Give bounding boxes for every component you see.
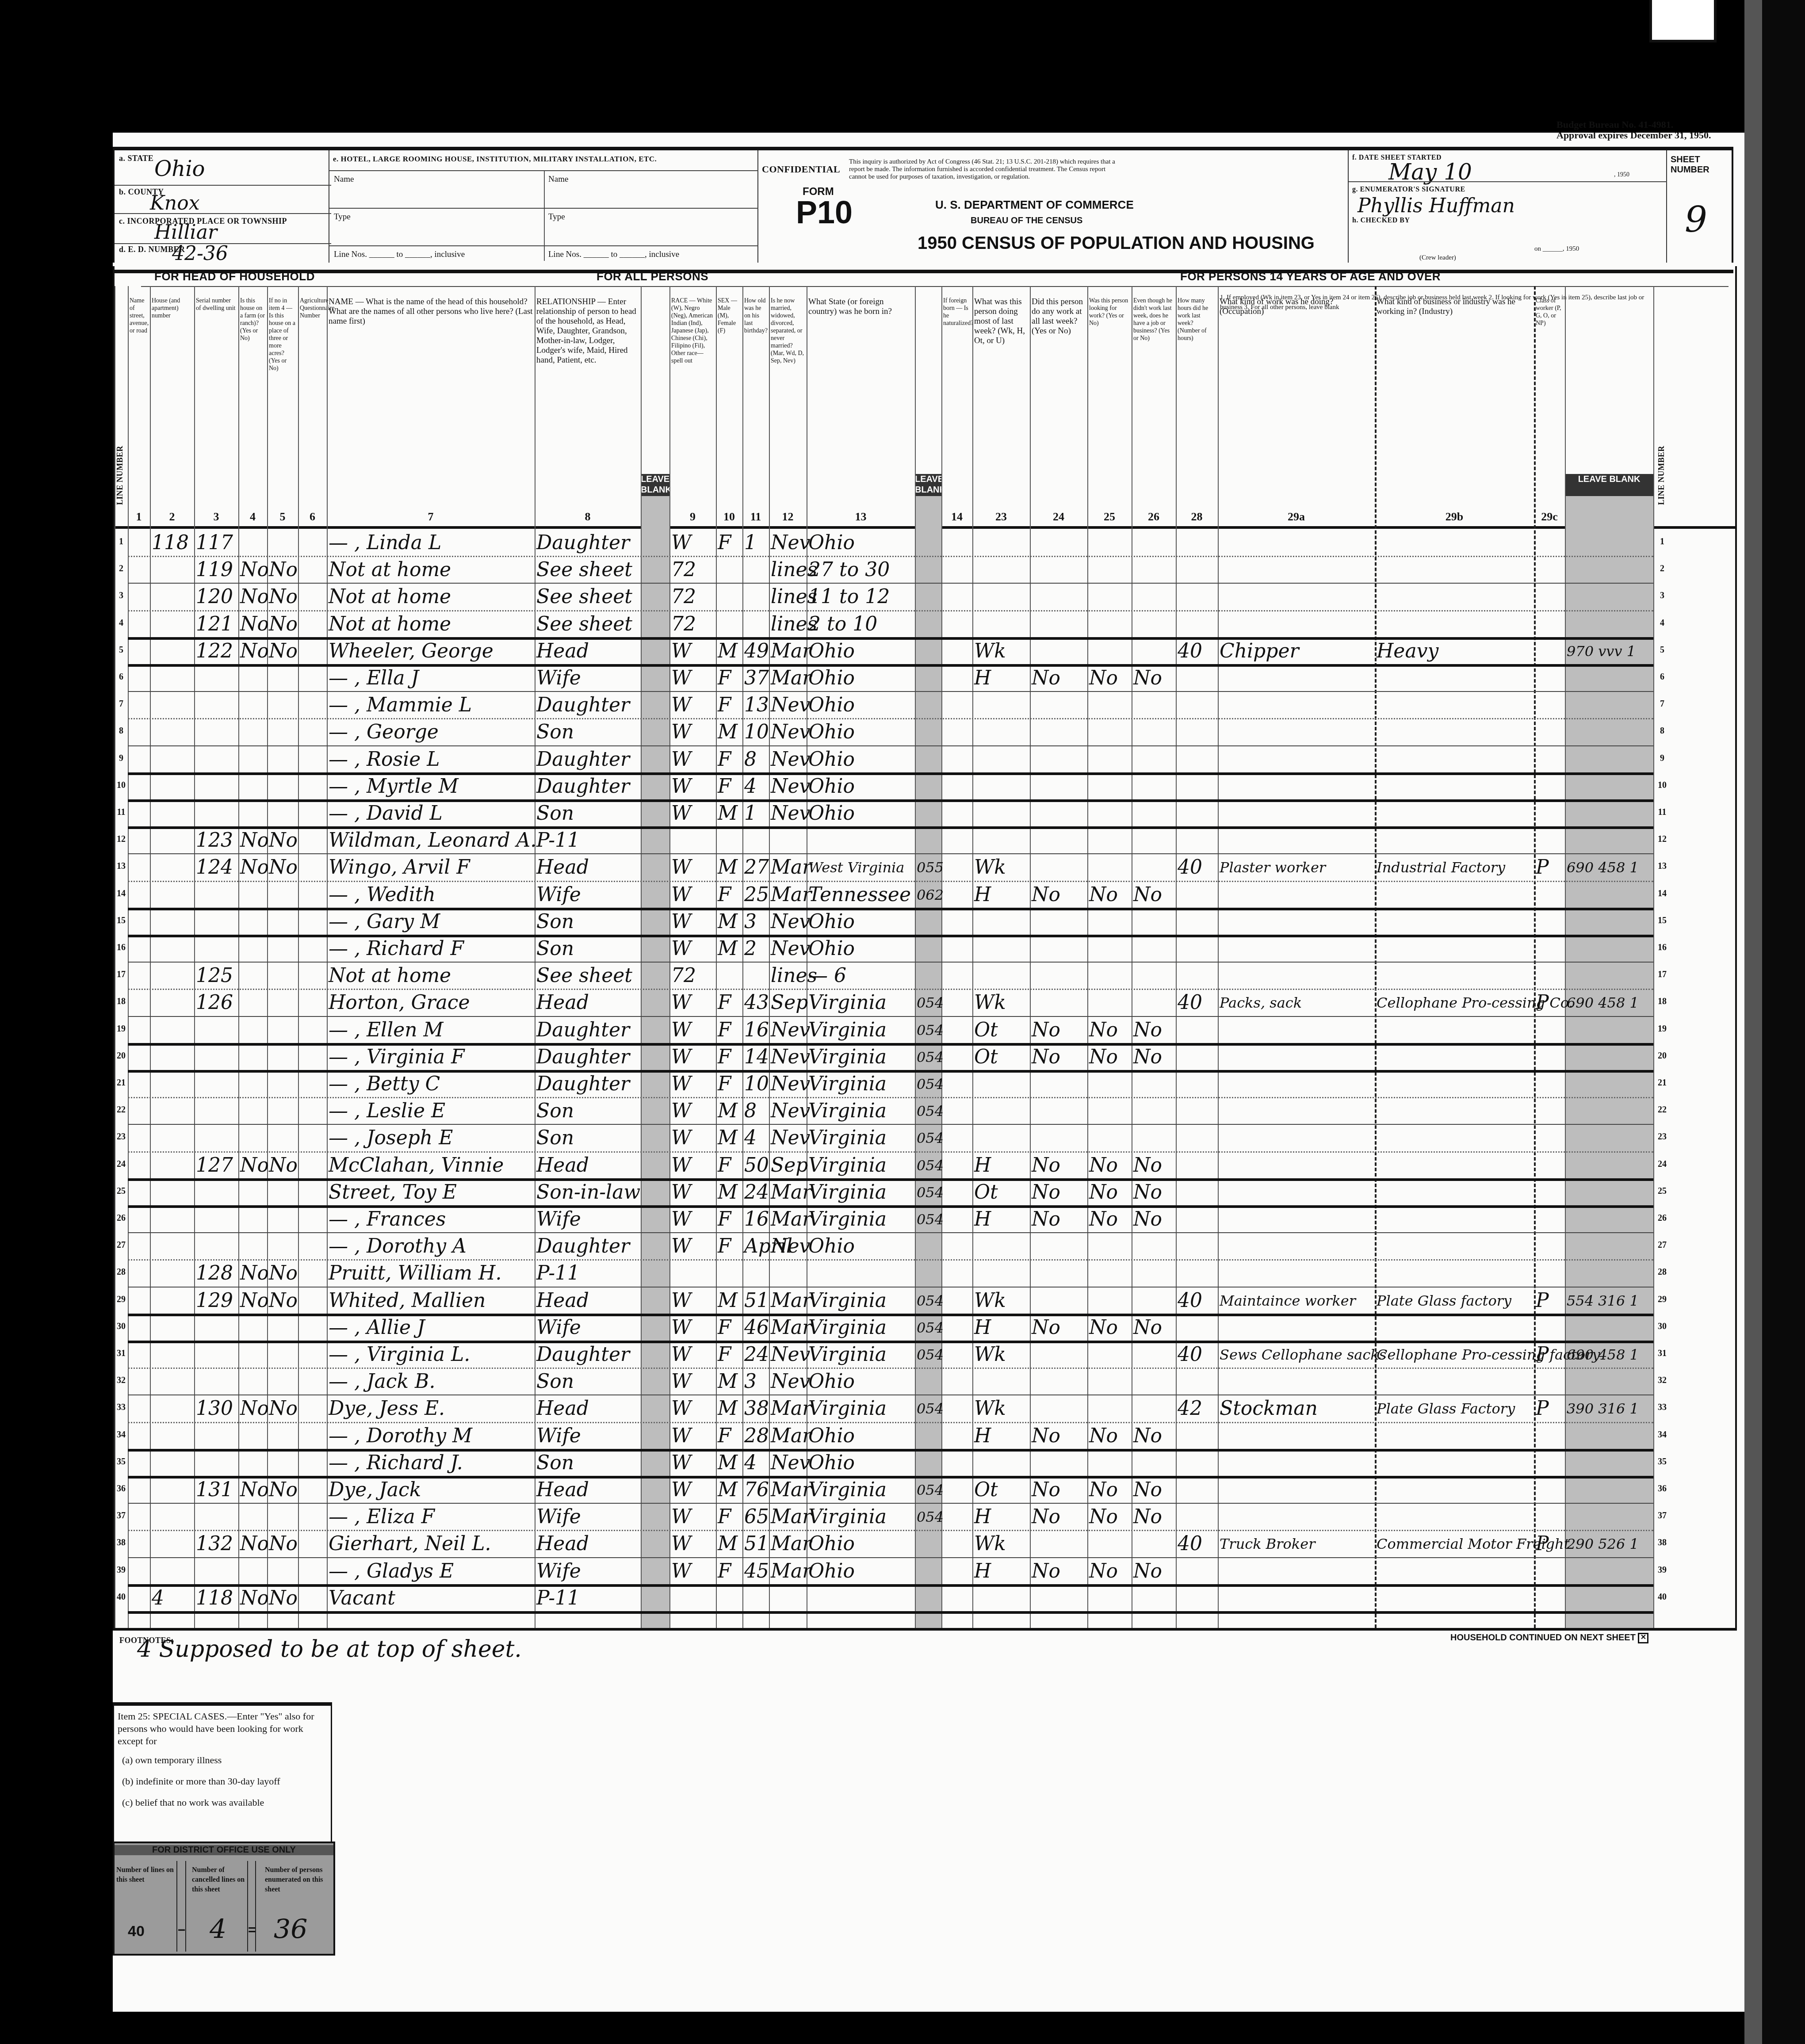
line-number: 23: [115, 1132, 128, 1142]
line-number: 21: [115, 1078, 128, 1088]
table-row: 3030— , Allie JWifeWF46MarVirginia054HNo…: [115, 1314, 1671, 1341]
cell-rel: Daughter: [536, 533, 630, 553]
cell-sex: M: [718, 722, 738, 742]
cell-b: 054: [917, 1210, 944, 1229]
cell-serial: 120: [196, 587, 233, 607]
cell-mar: Nev: [771, 777, 810, 796]
table-row: 1313124NoNoWingo, Arvil FHeadWM27MarWest…: [115, 853, 1671, 880]
cell-name: Street, Toy E: [329, 1183, 457, 1202]
cell-mar: Nev: [771, 1237, 810, 1256]
cell-rel: Daughter: [536, 1237, 630, 1256]
line-number: 36: [115, 1484, 128, 1494]
line-number: 20: [1653, 1051, 1671, 1061]
sheet-number-value: 9: [1685, 199, 1707, 240]
line-number: 25: [1653, 1186, 1671, 1196]
cell-sex: M: [718, 1101, 738, 1121]
cell-age: 4: [744, 1128, 757, 1148]
cell-occ: Truck Broker: [1220, 1534, 1315, 1554]
cell-act: Ot: [974, 1020, 998, 1040]
ed-value: 42-36: [172, 242, 228, 265]
cell-race: W: [671, 1291, 691, 1310]
line-number: 32: [115, 1375, 128, 1386]
cell-race: W: [671, 750, 691, 769]
line-number: 15: [115, 916, 128, 926]
cell-mar: Nev: [771, 1345, 810, 1364]
table-row: 1717125Not at homeSee sheet72lines— 6: [115, 962, 1671, 989]
cell-w24: No: [1032, 885, 1060, 905]
cell-mar: Mar: [771, 858, 811, 877]
table-row: 2626— , FrancesWifeWF16MarVirginia054HNo…: [115, 1205, 1671, 1232]
line-number: 16: [115, 943, 128, 953]
line-number: 16: [1653, 943, 1671, 953]
cell-sex: M: [718, 858, 738, 877]
cell-mar: Mar: [771, 669, 811, 688]
cell-rel: Son: [536, 804, 574, 823]
column-header-26: Even though he didn't work last week, do…: [1133, 297, 1174, 342]
column-header-10: SEX — Male (M), Female (F): [718, 297, 741, 335]
cell-name: Not at home: [329, 966, 451, 986]
cell-sex: M: [718, 912, 738, 932]
line-number: 28: [1653, 1267, 1671, 1277]
cell-acres: No: [269, 1534, 298, 1554]
cell-w26: No: [1133, 1047, 1162, 1067]
cell-codes: 290 526 1: [1567, 1534, 1639, 1554]
cell-race: W: [671, 1562, 691, 1581]
table-row: 55122NoNoWheeler, GeorgeHeadWM49MarOhioW…: [115, 637, 1671, 664]
cell-age: 51: [744, 1291, 769, 1310]
cell-name: — , Richard F: [329, 939, 464, 959]
cell-serial: 129: [196, 1291, 233, 1310]
cell-mar: Mar: [771, 1291, 811, 1310]
cell-age: 3: [744, 1372, 757, 1391]
sheet-number-block: SHEET NUMBER 9: [1667, 150, 1733, 263]
cell-sex: F: [718, 669, 731, 688]
cell-age: 43: [744, 993, 769, 1012]
form-title: 1950 CENSUS OF POPULATION AND HOUSING: [918, 233, 1315, 253]
cell-race: W: [671, 1453, 691, 1473]
column-number-24: 24: [1030, 510, 1087, 523]
line-number: 28: [115, 1267, 128, 1277]
cell-farm: No: [240, 1264, 269, 1283]
cell-act: Wk: [974, 1399, 1006, 1418]
column-number-1: 1: [128, 510, 150, 523]
table-row: 1616— , Richard FSonWM2NevOhio: [115, 935, 1671, 962]
cell-b: 054: [917, 1128, 944, 1148]
cell-name: Wildman, Leonard A.: [329, 831, 536, 850]
cell-mar: Nev: [771, 533, 810, 553]
cell-name: — , Dorothy M: [329, 1426, 472, 1446]
cell-act: H: [974, 1210, 991, 1229]
table-row: 2121— , Betty CDaughterWF10NevVirginia05…: [115, 1070, 1671, 1097]
cell-sex: F: [718, 695, 731, 715]
cell-race: W: [671, 722, 691, 742]
cell-sex: F: [718, 1156, 731, 1175]
cell-hrs: 40: [1178, 1534, 1202, 1554]
cell-hrs: 40: [1178, 1291, 1202, 1310]
line-number: 24: [1653, 1159, 1671, 1169]
cell-w26: No: [1133, 1210, 1162, 1229]
table-row: 1414— , WedithWifeWF25MarTennessee062HNo…: [115, 881, 1671, 908]
table-row: 1919— , Ellen MDaughterWF16NevVirginia05…: [115, 1016, 1671, 1043]
cell-b: 054: [917, 1291, 944, 1310]
cell-sex: F: [718, 1020, 731, 1040]
cell-farm: No: [240, 1399, 269, 1418]
cell-mar: Mar: [771, 1534, 811, 1554]
cell-mar: Nev: [771, 750, 810, 769]
cell-w26: No: [1133, 1020, 1162, 1040]
cell-w25: No: [1089, 1426, 1118, 1446]
cell-serial: 125: [196, 966, 233, 986]
line-number: 30: [1653, 1322, 1671, 1332]
cell-acres: No: [269, 1589, 298, 1608]
line-number: 9: [115, 753, 128, 764]
cell-mar: Nev: [771, 722, 810, 742]
line-number: 19: [115, 1024, 128, 1034]
cell-race: 72: [671, 966, 696, 986]
cell-age: 49: [744, 642, 769, 661]
row-divider: [128, 1611, 1653, 1614]
column-number-10: 10: [716, 510, 742, 523]
cell-act: H: [974, 1156, 991, 1175]
table-row: 1818126Horton, GraceHeadWF43SepVirginia0…: [115, 989, 1671, 1016]
cell-rel: Wife: [536, 1562, 581, 1581]
table-row: 1515— , Gary MSonWM3NevOhio: [115, 908, 1671, 935]
cell-w26: No: [1133, 1426, 1162, 1446]
cell-sex: F: [718, 777, 731, 796]
cell-sex: M: [718, 1399, 738, 1418]
line-number: 26: [1653, 1213, 1671, 1223]
cell-born: Virginia: [808, 993, 887, 1012]
cell-hrs: 42: [1178, 1399, 1202, 1418]
line-number: 29: [1653, 1295, 1671, 1305]
cell-ind: Commercial Motor Freight: [1377, 1534, 1562, 1554]
table-row: 2424127NoNoMcClahan, VinnieHeadWF50SepVi…: [115, 1151, 1671, 1178]
cell-race: 72: [671, 587, 696, 607]
cell-race: W: [671, 1101, 691, 1121]
cell-race: W: [671, 1372, 691, 1391]
cell-sex: F: [718, 1507, 731, 1527]
cell-rel: P-11: [536, 1589, 580, 1608]
cell-b: 054: [917, 1399, 944, 1418]
line-number: 35: [115, 1457, 128, 1467]
cell-name: Dye, Jack: [329, 1480, 421, 1500]
line-number: 27: [1653, 1240, 1671, 1250]
cell-race: 72: [671, 615, 696, 634]
line-number: 14: [115, 889, 128, 899]
line-number: 18: [1653, 997, 1671, 1007]
column-number-29a: 29a: [1218, 510, 1375, 523]
line-number: 30: [115, 1322, 128, 1332]
line-number: 6: [1653, 672, 1671, 682]
cell-rel: Wife: [536, 885, 581, 905]
table-row: 3838132NoNoGierhart, Neil L.HeadWM51MarO…: [115, 1530, 1671, 1557]
cell-born: Virginia: [808, 1101, 887, 1121]
table-row: 3434— , Dorothy MWifeWF28MarOhioHNoNoNo: [115, 1422, 1671, 1449]
cell-born: Virginia: [808, 1156, 887, 1175]
cell-born: Ohio: [808, 1426, 855, 1446]
cell-w24: No: [1032, 669, 1060, 688]
cell-age: 2: [744, 939, 757, 959]
cell-race: W: [671, 777, 691, 796]
cell-farm: No: [240, 858, 269, 877]
continued-checkbox[interactable]: ✕: [1638, 1633, 1648, 1643]
cell-name: — , Eliza F: [329, 1507, 435, 1527]
cell-age: 51: [744, 1534, 769, 1554]
cell-b: 054: [917, 1101, 944, 1121]
table-row: 66— , Ella JWifeWF37MarOhioHNoNoNo: [115, 664, 1671, 691]
cell-age: 13: [744, 695, 769, 715]
line-number: 21: [1653, 1078, 1671, 1088]
table-row: 3737— , Eliza FWifeWF65MarVirginia054HNo…: [115, 1503, 1671, 1530]
cell-race: W: [671, 642, 691, 661]
line-number: 10: [1653, 780, 1671, 791]
cell-born: Ohio: [808, 1453, 855, 1473]
cell-age: 4: [744, 1453, 757, 1473]
cell-name: — , Gladys E: [329, 1562, 454, 1581]
table-row: 3232— , Jack B.SonWM3NevOhio: [115, 1368, 1671, 1395]
cell-race: W: [671, 1399, 691, 1418]
cell-house: 118: [152, 533, 189, 553]
cell-b: 054: [917, 1345, 944, 1364]
cell-sex: F: [718, 1426, 731, 1446]
cell-w24: No: [1032, 1507, 1060, 1527]
cell-w26: No: [1133, 885, 1162, 905]
cell-codes: 390 316 1: [1567, 1399, 1639, 1418]
cell-born: Virginia: [808, 1020, 887, 1040]
cell-name: Dye, Jess E.: [329, 1399, 445, 1418]
cancelled-lines: 4: [210, 1914, 226, 1945]
cell-name: — , Ellen M: [329, 1020, 444, 1040]
line-number: 15: [1653, 916, 1671, 926]
cell-mar: Nev: [771, 1128, 810, 1148]
cell-acres: No: [269, 1399, 298, 1418]
cell-farm: No: [240, 1534, 269, 1554]
cell-born: Virginia: [808, 1480, 887, 1500]
table-row: 3333130NoNoDye, Jess E.HeadWM38MarVirgin…: [115, 1395, 1671, 1421]
table-row: 3131— , Virginia L.DaughterWF24NevVirgin…: [115, 1341, 1671, 1368]
line-number: 38: [1653, 1538, 1671, 1548]
line-number: 37: [1653, 1511, 1671, 1521]
cell-rel: Wife: [536, 669, 581, 688]
cell-race: W: [671, 912, 691, 932]
cell-ind: Plate Glass factory: [1377, 1291, 1511, 1310]
line-number: 32: [1653, 1375, 1671, 1386]
cell-w24: No: [1032, 1183, 1060, 1202]
location-block: a. STATE Ohio b. COUNTY Knox c. INCORPOR…: [113, 150, 329, 263]
line-number: 12: [115, 834, 128, 844]
column-header-4: Is this house on a farm (or ranch)? (Yes…: [240, 297, 265, 342]
sheet-tab: [1649, 0, 1717, 42]
cell-b: 054: [917, 993, 944, 1012]
line-number: 31: [115, 1349, 128, 1359]
cell-act: Wk: [974, 642, 1006, 661]
cell-occ: Plaster worker: [1220, 858, 1326, 877]
cell-born: 2 to 10: [808, 615, 877, 634]
line-number: 25: [115, 1186, 128, 1196]
cell-sex: M: [718, 1128, 738, 1148]
cell-serial: 117: [196, 533, 233, 553]
column-number-12: 12: [769, 510, 807, 523]
cell-sex: F: [718, 1047, 731, 1067]
line-number-label: LINE NUMBER: [115, 446, 125, 505]
cell-age: 76: [744, 1480, 769, 1500]
cell-name: — , Jack B.: [329, 1372, 435, 1391]
cell-born: Ohio: [808, 1372, 855, 1391]
cell-sex: F: [718, 885, 731, 905]
cell-cls: P: [1536, 1291, 1549, 1310]
cell-sex: M: [718, 1183, 738, 1202]
cell-age: 65: [744, 1507, 769, 1527]
cell-w25: No: [1089, 1480, 1118, 1500]
line-number: 10: [115, 780, 128, 791]
table-row: 2929129NoNoWhited, MallienHeadWM51MarVir…: [115, 1287, 1671, 1314]
cell-sex: F: [718, 750, 731, 769]
cell-sex: M: [718, 642, 738, 661]
cell-race: W: [671, 1426, 691, 1446]
cell-name: — , Ella J: [329, 669, 419, 688]
cell-race: W: [671, 1534, 691, 1554]
cell-rel: See sheet: [536, 587, 632, 607]
cell-born: Ohio: [808, 777, 855, 796]
cell-codes: 690 458 1: [1567, 858, 1639, 877]
line-number: 35: [1653, 1457, 1671, 1467]
table-row: 2323— , Joseph ESonWM4NevVirginia054: [115, 1124, 1671, 1151]
cell-name: — , Gary M: [329, 912, 440, 932]
cell-born: Ohio: [808, 912, 855, 932]
column-number-7: 7: [327, 510, 535, 523]
cell-w24: No: [1032, 1020, 1060, 1040]
cell-w25: No: [1089, 1507, 1118, 1527]
table-row: 3636131NoNoDye, JackHeadWM76MarVirginia0…: [115, 1476, 1671, 1503]
cell-born: Ohio: [808, 642, 855, 661]
line-number: 3: [115, 591, 128, 601]
cell-age: 45: [744, 1562, 769, 1581]
cell-serial: 118: [196, 1589, 233, 1608]
cell-born: Virginia: [808, 1047, 887, 1067]
line-number: 17: [115, 970, 128, 980]
hotel-block: e. HOTEL, LARGE ROOMING HOUSE, INSTITUTI…: [329, 150, 758, 263]
cell-farm: No: [240, 1589, 269, 1608]
cell-race: W: [671, 885, 691, 905]
cell-serial: 127: [196, 1156, 233, 1175]
cell-race: W: [671, 1183, 691, 1202]
cell-acres: No: [269, 1156, 298, 1175]
cell-act: H: [974, 885, 991, 905]
cell-age: 1: [744, 533, 757, 553]
cell-b: 055: [917, 858, 944, 877]
cell-ind: Cellophane Pro-cessing factory: [1377, 1345, 1562, 1364]
cell-codes: 554 316 1: [1567, 1291, 1639, 1310]
column-header-8: RELATIONSHIP — Enter relationship of per…: [536, 297, 639, 365]
cell-codes: 970 vvv 1: [1567, 642, 1636, 661]
cell-race: W: [671, 1047, 691, 1067]
cell-hrs: 40: [1178, 642, 1202, 661]
column-number-13: 13: [807, 510, 915, 523]
cell-mar: Mar: [771, 1426, 811, 1446]
cell-ind: Cellophane Pro-cessing Co.: [1377, 993, 1562, 1012]
cell-serial: 119: [196, 560, 233, 580]
cell-w26: No: [1133, 1507, 1162, 1527]
cell-name: Vacant: [329, 1589, 395, 1608]
cell-act: Wk: [974, 993, 1006, 1012]
cell-name: — , Rosie L: [329, 750, 440, 769]
cell-name: — , Betty C: [329, 1074, 440, 1094]
cell-born: Ohio: [808, 1237, 855, 1256]
cell-serial: 128: [196, 1264, 233, 1283]
cell-w25: No: [1089, 1210, 1118, 1229]
column-header-5: If no in item 4 — Is this house on a pla…: [269, 297, 296, 372]
cell-rel: Son-in-law: [536, 1183, 640, 1202]
cell-born: Virginia: [808, 1318, 887, 1337]
cell-b: 054: [917, 1480, 944, 1500]
cell-age: 10: [744, 1074, 769, 1094]
line-number: 36: [1653, 1484, 1671, 1494]
cell-born: Virginia: [808, 1183, 887, 1202]
cell-rel: Head: [536, 858, 589, 877]
line-number: 12: [1653, 834, 1671, 844]
cell-name: McClahan, Vinnie: [329, 1156, 504, 1175]
cell-sex: F: [718, 1345, 731, 1364]
column-number-29b: 29b: [1375, 510, 1534, 523]
line-number: 4: [115, 618, 128, 628]
table-row: 77— , Mammie LDaughterWF13NevOhio: [115, 691, 1671, 718]
cell-name: — , Myrtle M: [329, 777, 459, 796]
cell-race: W: [671, 1156, 691, 1175]
cell-name: — , Virginia L.: [329, 1345, 470, 1364]
cell-w26: No: [1133, 1562, 1162, 1581]
cell-born: Ohio: [808, 1562, 855, 1581]
cell-name: — , Linda L: [329, 533, 441, 553]
cell-cls: P: [1536, 1399, 1549, 1418]
line-number: 37: [115, 1511, 128, 1521]
cell-name: Horton, Grace: [329, 993, 470, 1012]
cell-born: Ohio: [808, 1534, 855, 1554]
cell-born: Virginia: [808, 1291, 887, 1310]
cell-w24: No: [1032, 1156, 1060, 1175]
household-continued: HOUSEHOLD CONTINUED ON NEXT SHEET ✕: [1450, 1633, 1648, 1643]
cell-name: Not at home: [329, 587, 451, 607]
cell-rel: Son: [536, 722, 574, 742]
cell-occ: Chipper: [1220, 642, 1299, 661]
cell-age: 27: [744, 858, 769, 877]
table-row: 2525Street, Toy ESon-in-lawWM24MarVirgin…: [115, 1178, 1671, 1205]
cell-codes: 690 458 1: [1567, 993, 1639, 1012]
date-enumerator-block: f. DATE SHEET STARTED May 10 , 1950 g. E…: [1349, 150, 1667, 263]
cell-age: 37: [744, 669, 769, 688]
cell-rel: See sheet: [536, 966, 632, 986]
cell-race: W: [671, 1237, 691, 1256]
column-header-9: RACE — White (W), Negro (Neg), American …: [671, 297, 714, 365]
cell-w25: No: [1089, 1562, 1118, 1581]
cell-serial: 122: [196, 642, 233, 661]
cell-name: Gierhart, Neil L.: [329, 1534, 491, 1554]
cell-rel: Son: [536, 1101, 574, 1121]
cell-name: Wingo, Arvil F: [329, 858, 470, 877]
cell-b: 062: [917, 885, 944, 905]
cell-rel: Head: [536, 1480, 589, 1500]
cell-w26: No: [1133, 1480, 1162, 1500]
cell-w25: No: [1089, 1183, 1118, 1202]
cell-b: 054: [917, 1156, 944, 1175]
cell-born: Tennessee: [808, 885, 911, 905]
cell-mar: Nev: [771, 804, 810, 823]
cell-age: 46: [744, 1318, 769, 1337]
line-number: 38: [115, 1538, 128, 1548]
cell-mar: Mar: [771, 885, 811, 905]
cell-rel: Wife: [536, 1426, 581, 1446]
table-row: 33120NoNoNot at homeSee sheet72lines11 t…: [115, 583, 1671, 610]
table-row: 2727— , Dorothy ADaughterWFAprilNevOhio: [115, 1232, 1671, 1259]
